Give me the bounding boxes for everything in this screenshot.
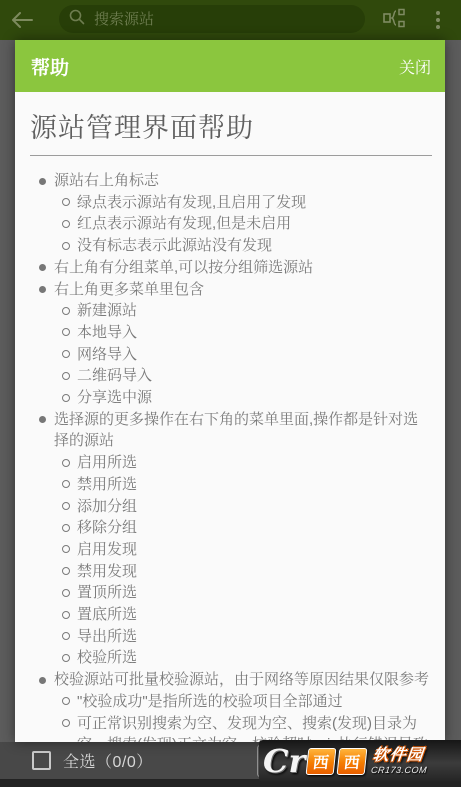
bullet-icon <box>62 626 77 648</box>
bullet-icon <box>62 496 77 518</box>
watermark-logo-icon: Cr <box>263 745 305 777</box>
help-item: 右上角有分组菜单,可以按分组筛选源站 <box>30 257 432 279</box>
help-item: 可正常识别搜索为空、发现为空、搜索(发现)目录为空、搜索(发现)正文为空、校验超… <box>30 713 432 742</box>
help-item: 本地导入 <box>30 322 432 344</box>
bullet-icon <box>62 561 77 583</box>
dialog-header: 帮助 关闭 <box>15 40 445 92</box>
help-item: 绿点表示源站有发现,且启用了发现 <box>30 192 432 214</box>
bullet-icon <box>62 517 77 539</box>
bullet-icon <box>39 279 54 301</box>
bullet-icon <box>39 409 54 431</box>
watermark-tile: 西 <box>337 748 368 775</box>
help-item: 校验所选 <box>30 647 432 669</box>
more-menu-button[interactable] <box>426 7 450 33</box>
help-list: 源站右上角标志 绿点表示源站有发现,且启用了发现 红点表示源站有发现,但是未启用… <box>30 170 432 742</box>
search-box[interactable] <box>59 5 365 33</box>
bullet-icon <box>62 235 77 257</box>
help-item: 二维码导入 <box>30 365 432 387</box>
bullet-icon <box>62 713 77 735</box>
help-item: 添加分组 <box>30 496 432 518</box>
bullet-icon <box>62 474 77 496</box>
bullet-icon <box>62 647 77 669</box>
help-item: 移除分组 <box>30 517 432 539</box>
help-dialog: 帮助 关闭 源站管理界面帮助 源站右上角标志 绿点表示源站有发现,且启用了发现 … <box>15 40 445 742</box>
bullet-icon <box>62 322 77 344</box>
bullet-icon <box>62 213 77 235</box>
bullet-icon <box>62 604 77 626</box>
bullet-icon <box>62 365 77 387</box>
search-icon <box>69 9 92 30</box>
back-arrow-icon <box>11 12 33 28</box>
bullet-icon <box>62 300 77 322</box>
help-item: 置顶所选 <box>30 582 432 604</box>
dialog-title: 帮助 <box>31 53 69 80</box>
search-input[interactable] <box>92 10 355 29</box>
help-item: 没有标志表示此源站没有发现 <box>30 235 432 257</box>
help-item: 校验源站可批量校验源站，由于网络等原因结果仅限参考 <box>30 669 432 691</box>
help-item: 启用发现 <box>30 539 432 561</box>
help-item: 导出所选 <box>30 626 432 648</box>
help-item: 源站右上角标志 <box>30 170 432 192</box>
bullet-icon <box>62 582 77 604</box>
help-item: 红点表示源站有发现,但是未启用 <box>30 213 432 235</box>
help-item: 禁用所选 <box>30 474 432 496</box>
help-item: 网络导入 <box>30 344 432 366</box>
watermark-tile: 西 <box>306 748 337 775</box>
group-structure-icon <box>381 6 407 35</box>
close-button[interactable]: 关闭 <box>399 55 431 78</box>
help-item: "校验成功"是指所选的校验项目全部通过 <box>30 691 432 713</box>
bullet-icon <box>62 691 77 713</box>
help-item: 新建源站 <box>30 300 432 322</box>
bullet-icon <box>62 344 77 366</box>
bullet-icon <box>62 539 77 561</box>
watermark-domain: CR173.COM <box>371 764 428 775</box>
help-item: 禁用发现 <box>30 561 432 583</box>
help-item: 置底所选 <box>30 604 432 626</box>
bullet-icon <box>62 387 77 409</box>
help-item: 右上角更多菜单里包含 <box>30 279 432 301</box>
bullet-icon <box>39 669 54 691</box>
bullet-icon <box>62 452 77 474</box>
group-filter-button[interactable] <box>380 7 408 33</box>
dialog-body: 源站管理界面帮助 源站右上角标志 绿点表示源站有发现,且启用了发现 红点表示源站… <box>15 92 445 742</box>
bullet-icon <box>62 192 77 214</box>
watermark-site-name: 软件园 <box>372 747 430 765</box>
help-heading: 源站管理界面帮助 <box>30 106 432 156</box>
help-item: 启用所选 <box>30 452 432 474</box>
bullet-icon <box>39 170 54 192</box>
watermark: Cr 西 西 软件园 CR173.COM <box>259 740 461 782</box>
help-item: 分享选中源 <box>30 387 432 409</box>
app-bar <box>0 0 461 40</box>
select-all-checkbox[interactable] <box>32 751 51 770</box>
help-item: 选择源的更多操作在右下角的菜单里面,操作都是针对选择的源站 <box>30 409 432 452</box>
screen: 全选（0/0） 反选 Cr 西 西 软件园 CR173.COM 帮助 关闭 源站… <box>0 0 461 787</box>
select-all-label: 全选（0/0） <box>63 749 153 772</box>
back-button[interactable] <box>0 0 44 40</box>
bullet-icon <box>39 257 54 279</box>
